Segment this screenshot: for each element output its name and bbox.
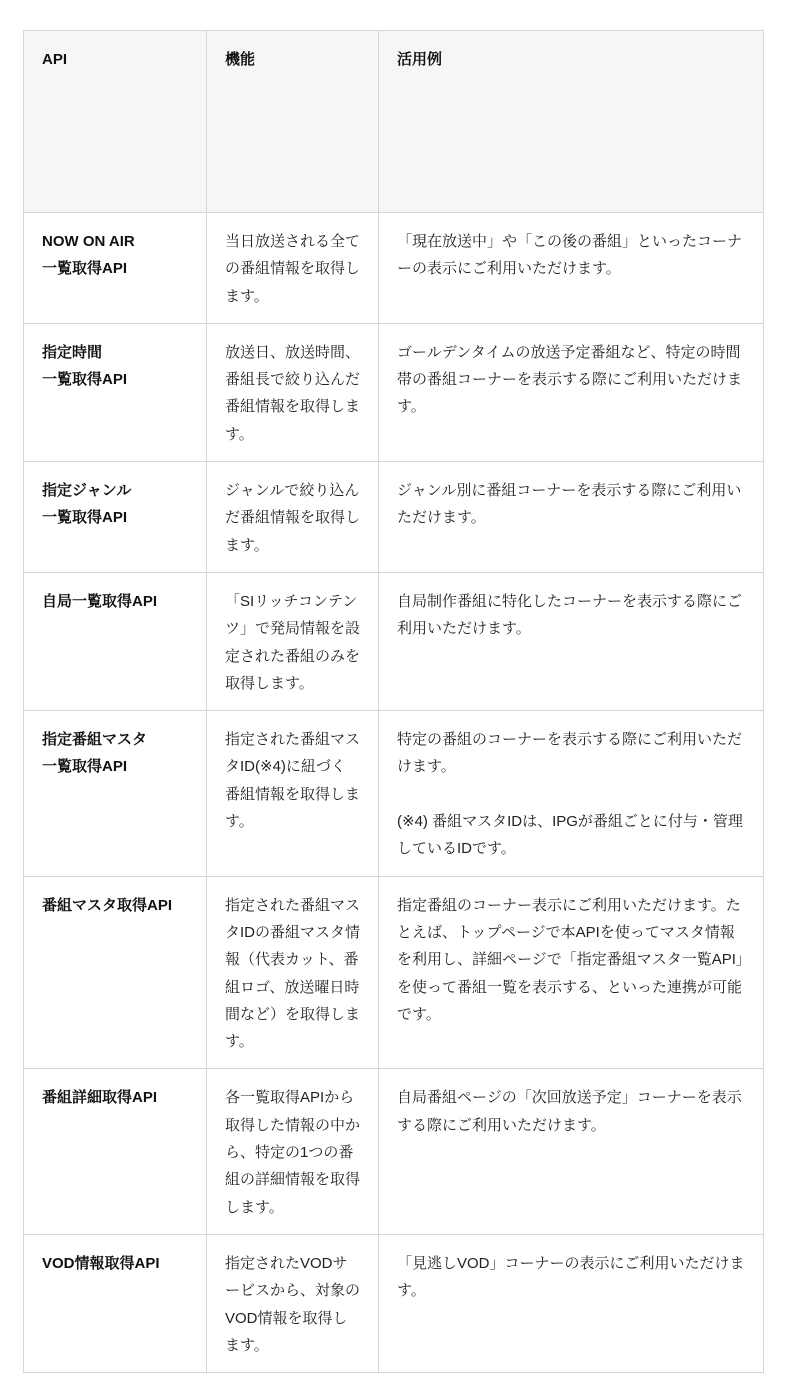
- header-row: API 機能 活用例: [24, 31, 764, 213]
- api-name-cell: 自局一覧取得API: [24, 572, 207, 710]
- example-cell: ゴールデンタイムの放送予定番組など、特定の時間帯の番組コーナーを表示する際にご利…: [379, 323, 764, 461]
- function-cell: 指定されたVODサービスから、対象のVOD情報を取得します。: [207, 1234, 379, 1372]
- api-reference-table: API 機能 活用例 NOW ON AIR 一覧取得API 当日放送される全ての…: [23, 30, 764, 1373]
- api-name-cell: 指定番組マスタ 一覧取得API: [24, 711, 207, 876]
- page: API 機能 活用例 NOW ON AIR 一覧取得API 当日放送される全ての…: [0, 0, 800, 1322]
- api-name-cell: 番組マスタ取得API: [24, 876, 207, 1069]
- function-cell: 「SIリッチコンテンツ」で発局情報を設定された番組のみを取得します。: [207, 572, 379, 710]
- example-cell: 自局番組ページの「次回放送予定」コーナーを表示する際にご利用いただけます。: [379, 1069, 764, 1234]
- table-row: 指定番組マスタ 一覧取得API 指定された番組マスタID(※4)に紐づく番組情報…: [24, 711, 764, 876]
- function-cell: 指定された番組マスタID(※4)に紐づく番組情報を取得します。: [207, 711, 379, 876]
- example-cell: 特定の番組のコーナーを表示する際にご利用いただけます。 (※4) 番組マスタID…: [379, 711, 764, 876]
- api-name-cell: 指定ジャンル 一覧取得API: [24, 462, 207, 573]
- example-cell: 指定番組のコーナー表示にご利用いただけます。たとえば、トップページで本APIを使…: [379, 876, 764, 1069]
- api-name-cell: 番組詳細取得API: [24, 1069, 207, 1234]
- example-cell: 自局制作番組に特化したコーナーを表示する際にご利用いただけます。: [379, 572, 764, 710]
- function-cell: 各一覧取得APIから取得した情報の中から、特定の1つの番組の詳細情報を取得します…: [207, 1069, 379, 1234]
- api-name-cell: 指定時間 一覧取得API: [24, 323, 207, 461]
- table-row: 指定時間 一覧取得API 放送日、放送時間、番組長で絞り込んだ番組情報を取得しま…: [24, 323, 764, 461]
- function-cell: 指定された番組マスタIDの番組マスタ情報（代表カット、番組ロゴ、放送曜日時間など…: [207, 876, 379, 1069]
- api-name-cell: VOD情報取得API: [24, 1234, 207, 1372]
- table-row: 自局一覧取得API 「SIリッチコンテンツ」で発局情報を設定された番組のみを取得…: [24, 572, 764, 710]
- function-cell: ジャンルで絞り込んだ番組情報を取得します。: [207, 462, 379, 573]
- table-row: NOW ON AIR 一覧取得API 当日放送される全ての番組情報を取得します。…: [24, 213, 764, 324]
- table-row: 番組詳細取得API 各一覧取得APIから取得した情報の中から、特定の1つの番組の…: [24, 1069, 764, 1234]
- table-row: 指定ジャンル 一覧取得API ジャンルで絞り込んだ番組情報を取得します。 ジャン…: [24, 462, 764, 573]
- table-row: VOD情報取得API 指定されたVODサービスから、対象のVOD情報を取得します…: [24, 1234, 764, 1372]
- api-name-cell: NOW ON AIR 一覧取得API: [24, 213, 207, 324]
- header-cell-function: 機能: [207, 31, 379, 213]
- header-cell-example: 活用例: [379, 31, 764, 213]
- example-cell: 「現在放送中」や「この後の番組」といったコーナーの表示にご利用いただけます。: [379, 213, 764, 324]
- table-row: 番組マスタ取得API 指定された番組マスタIDの番組マスタ情報（代表カット、番組…: [24, 876, 764, 1069]
- function-cell: 当日放送される全ての番組情報を取得します。: [207, 213, 379, 324]
- function-cell: 放送日、放送時間、番組長で絞り込んだ番組情報を取得します。: [207, 323, 379, 461]
- example-cell: 「見逃しVOD」コーナーの表示にご利用いただけます。: [379, 1234, 764, 1372]
- header-cell-api: API: [24, 31, 207, 213]
- example-cell: ジャンル別に番組コーナーを表示する際にご利用いただけます。: [379, 462, 764, 573]
